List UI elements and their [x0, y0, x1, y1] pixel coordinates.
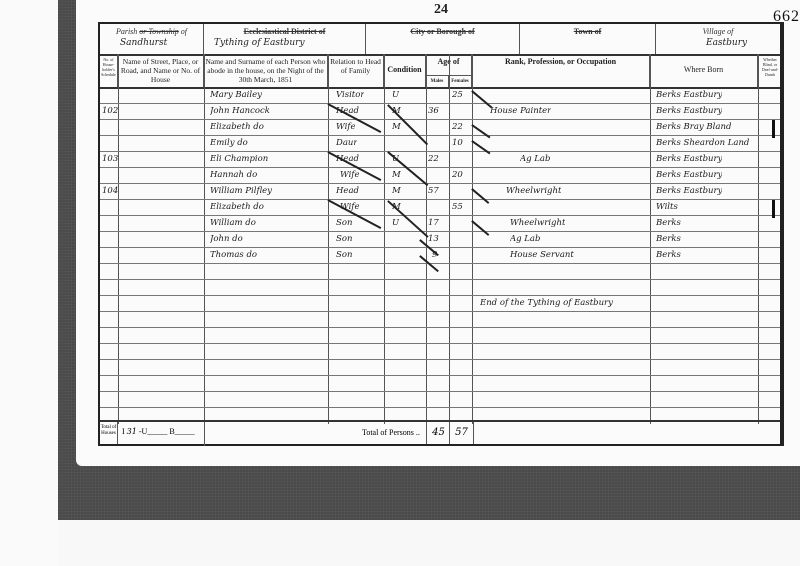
table-row-empty: [100, 263, 780, 280]
parish-value: Sandhurst: [120, 38, 167, 48]
col-schedule: No. of House-holder's Schedule: [100, 54, 118, 87]
census-form: Parish or Township of Sandhurst Ecclesia…: [98, 22, 784, 446]
table-row-empty: [100, 375, 780, 392]
village-value: Eastbury: [706, 38, 747, 48]
col-street: Name of Street, Place, or Road, and Name…: [118, 54, 204, 87]
column-headers: No. of House-holder's Schedule Name of S…: [100, 54, 780, 89]
ecclesiastical-value: Tything of Eastbury: [214, 38, 305, 48]
table-row-empty: End of the Tything of Eastbury: [100, 295, 780, 312]
ecclesiastical-cell: Ecclesiastical District of Tything of Ea…: [204, 24, 366, 54]
table-row: Thomas do Son 9 House Servant Berks: [100, 247, 780, 264]
table-row: John do Son 13 Ag Lab Berks: [100, 231, 780, 248]
col-name: Name and Surname of each Person who abod…: [204, 54, 328, 87]
table-row-empty: [100, 359, 780, 376]
table-row: 102 John Hancock Head M 36 House Painter…: [100, 103, 780, 120]
scanner-margin: [0, 0, 59, 566]
village-cell: Village of Eastbury: [656, 24, 780, 54]
census-page: 24 662 Parish or Township of Sandhurst E…: [76, 0, 800, 466]
form-header: Parish or Township of Sandhurst Ecclesia…: [100, 24, 780, 56]
disability-tally-mark: [772, 120, 775, 138]
table-row-empty: [100, 279, 780, 296]
col-condition: Condition: [384, 54, 426, 87]
table-row: 103 Eli Champion Head U 22 Ag Lab Berks …: [100, 151, 780, 168]
total-males: 45: [426, 422, 450, 444]
table-row: Mary Bailey Visitor U 25 Berks Eastbury: [100, 87, 780, 104]
table-row: Hannah do Wife M 20 Berks Eastbury: [100, 167, 780, 184]
col-age-females: Females: [449, 76, 471, 87]
city-label: City or Borough of: [366, 24, 519, 36]
col-occupation: Rank, Profession, or Occupation: [472, 54, 650, 87]
end-of-district-note: End of the Tything of Eastbury: [480, 295, 613, 311]
disability-tally-mark: [772, 200, 775, 218]
table-row-empty: [100, 327, 780, 344]
city-cell: City or Borough of: [366, 24, 520, 54]
col-relation: Relation to Head of Family: [328, 54, 384, 87]
total-persons-label: Total of Persons ..: [362, 428, 420, 437]
parish-label: Parish or Township of: [100, 24, 203, 36]
col-disability: Whether Blind, or Deaf-and-Dumb: [758, 54, 782, 87]
form-footer: Total of Houses I 31 -U_____ B_____ Tota…: [100, 420, 780, 444]
town-cell: Town of: [520, 24, 656, 54]
parish-cell: Parish or Township of Sandhurst: [100, 24, 204, 54]
table-row: William do Son U 17 Wheelwright Berks: [100, 215, 780, 232]
table-row: Emily do Daur 10 Berks Sheardon Land: [100, 135, 780, 152]
town-label: Town of: [520, 24, 655, 36]
ecclesiastical-label: Ecclesiastical District of: [204, 24, 365, 36]
scanner-bed: [58, 520, 800, 566]
col-age-males: Males: [426, 76, 449, 87]
page-number: 24: [434, 2, 448, 18]
table-row-empty: [100, 391, 780, 408]
table-row-empty: [100, 311, 780, 328]
village-label: Village of: [656, 24, 780, 36]
table-row: Elizabeth do Wife M 55 Wilts: [100, 199, 780, 216]
table-row: Elizabeth do Wife M 22 Berks Bray Bland: [100, 119, 780, 136]
inhabited-count: 31: [127, 427, 137, 436]
total-females: 57: [449, 422, 474, 444]
table-row: 104 William Pilfley Head M 57 Wheelwrigh…: [100, 183, 780, 200]
table-row-empty: [100, 343, 780, 360]
total-houses-label: Total of Houses: [100, 422, 118, 444]
col-birthplace: Where Born: [650, 54, 758, 87]
houses-totals: I 31 -U_____ B_____: [122, 427, 195, 436]
